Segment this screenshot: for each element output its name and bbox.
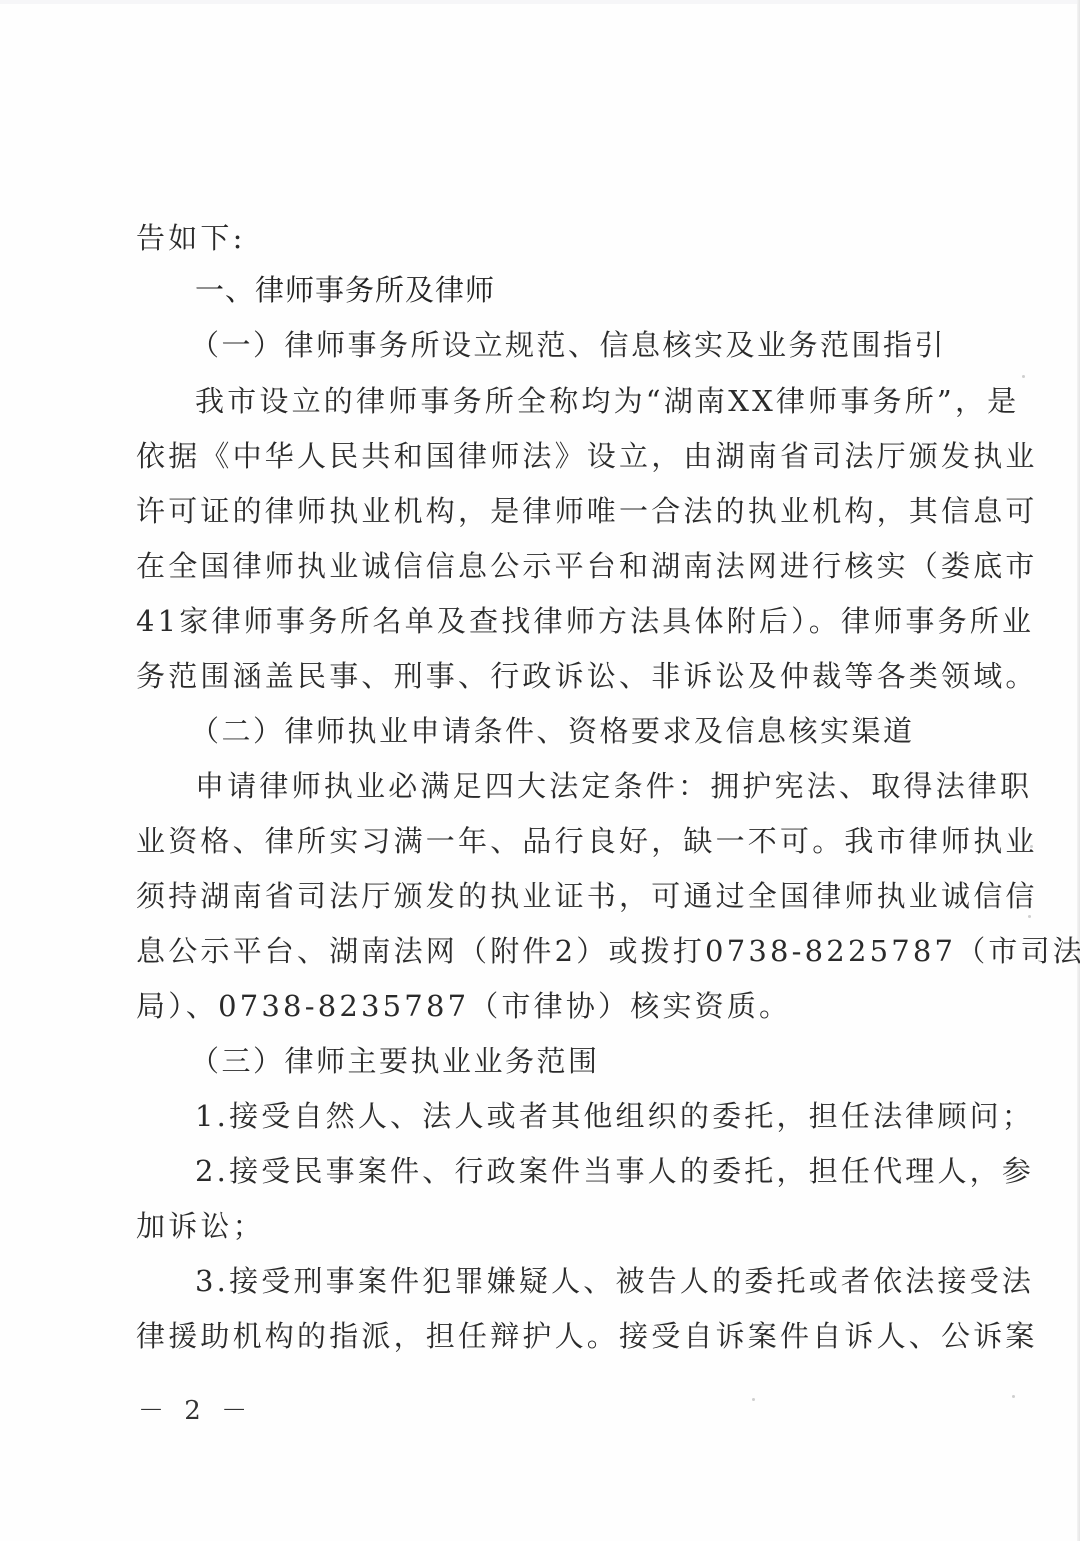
list-item-2: 2.接受民事案件、行政案件当事人的委托，担任代理人，参 xyxy=(195,1151,945,1191)
paragraph-line: 务范围涵盖民事、刑事、行政诉讼、非诉讼及仲裁等各类领域。 xyxy=(136,656,946,696)
paragraph-line: 息公示平台、湖南法网（附件2）或拨打0738-8225787（市司法 xyxy=(136,931,946,971)
continuation-line: 告如下: xyxy=(136,218,946,258)
document-page: 告如下: 一、律师事务所及律师 （一）律师事务所设立规范、信息核实及业务范围指引… xyxy=(0,0,1080,1541)
paragraph-line: 在全国律师执业诚信信息公示平台和湖南法网进行核实（娄底市 xyxy=(136,546,946,586)
subsection-heading-1: （一）律师事务所设立规范、信息核实及业务范围指引 xyxy=(190,325,940,365)
list-item-1: 1.接受自然人、法人或者其他组织的委托，担任法律顾问； xyxy=(195,1096,945,1136)
paragraph-line: 依据《中华人民共和国律师法》设立，由湖南省司法厅颁发执业 xyxy=(136,436,946,476)
scan-speck xyxy=(1028,915,1031,918)
page-number: － 2 － xyxy=(138,1390,253,1427)
scan-speck xyxy=(1012,1395,1015,1398)
paragraph-line: 许可证的律师执业机构，是律师唯一合法的执业机构，其信息可 xyxy=(136,491,946,531)
list-item-2-continuation: 加诉讼； xyxy=(136,1206,946,1246)
list-item-3: 3.接受刑事案件犯罪嫌疑人、被告人的委托或者依法接受法 xyxy=(195,1261,945,1301)
paragraph-line: 业资格、律所实习满一年、品行良好，缺一不可。我市律师执业 xyxy=(136,821,946,861)
scan-speck xyxy=(1022,375,1025,378)
paragraph-line: 41家律师事务所名单及查找律师方法具体附后）。律师事务所业 xyxy=(136,601,946,641)
paragraph-line: 局）、0738-8235787（市律协）核实资质。 xyxy=(136,986,946,1026)
scan-speck xyxy=(752,1398,755,1401)
subsection-heading-3: （三）律师主要执业业务范围 xyxy=(190,1041,940,1081)
scan-speck xyxy=(1030,845,1033,848)
paragraph-line: 我市设立的律师事务所全称均为“湖南XX律师事务所”，是 xyxy=(195,381,945,421)
paragraph-line: 申请律师执业必满足四大法定条件：拥护宪法、取得法律职 xyxy=(195,766,945,806)
list-item-3-continuation: 律援助机构的指派，担任辩护人。接受自诉案件自诉人、公诉案 xyxy=(136,1316,946,1356)
section-heading-1: 一、律师事务所及律师 xyxy=(195,270,945,310)
paragraph-line: 须持湖南省司法厅颁发的执业证书，可通过全国律师执业诚信信 xyxy=(136,876,946,916)
scan-edge-top xyxy=(0,0,1080,4)
subsection-heading-2: （二）律师执业申请条件、资格要求及信息核实渠道 xyxy=(190,711,940,751)
